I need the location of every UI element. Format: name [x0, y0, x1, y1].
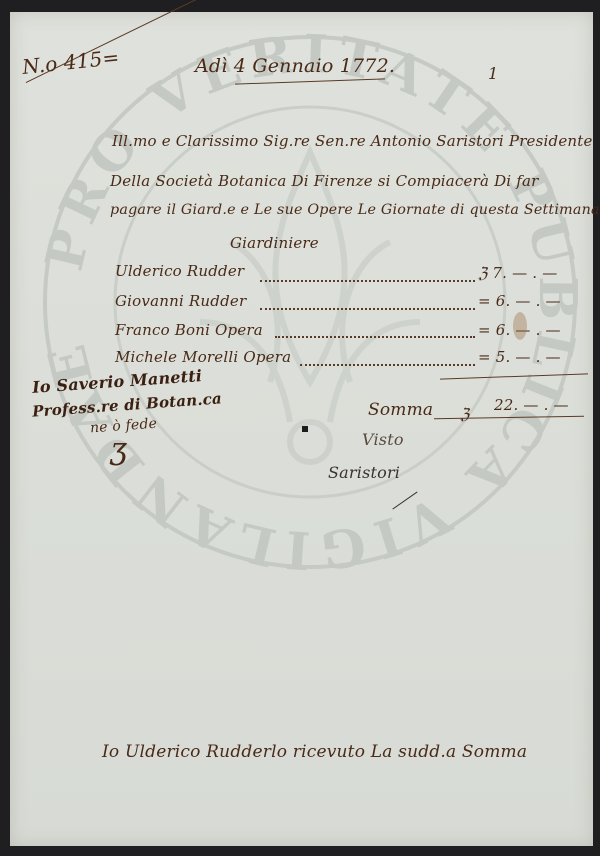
page-number: 1 — [488, 64, 498, 83]
date-line: Adì 4 Gennaio 1772. — [195, 55, 395, 77]
body-line-4: Giardiniere — [230, 234, 319, 252]
entry-amount: ℨ 7. — . — — [478, 264, 557, 282]
total-bottom-rule — [434, 416, 584, 420]
entry-leader-dots — [260, 280, 475, 282]
entry-name: Michele Morelli Opera — [115, 348, 291, 366]
date-underline — [235, 78, 385, 85]
entry-leader-dots — [300, 364, 475, 366]
entry-amount: = 6. — . — — [478, 292, 561, 310]
entry-leader-dots — [260, 308, 475, 310]
entry-leader-dots — [275, 336, 475, 338]
visto-label: Visto — [362, 430, 404, 449]
entry-name: Ulderico Rudder — [115, 262, 244, 280]
total-amount: 22. — . — — [494, 396, 569, 414]
body-line-2: Della Società Botanica Di Firenze si Com… — [110, 172, 539, 190]
pin-hole — [302, 426, 308, 432]
total-top-rule — [440, 373, 588, 379]
body-line-3: pagare il Giard.e e Le sue Opere Le Gior… — [110, 202, 600, 218]
document-page: PRO VERITATE PUBLICA VIGILANDAE N.o 415=… — [10, 12, 593, 846]
entry-name: Franco Boni Opera — [115, 321, 263, 339]
signature-flourish — [392, 492, 417, 510]
salutation-line: Ill.mo e Clarissimo Sig.re Sen.re Antoni… — [112, 132, 593, 150]
receipt-line: Io Ulderico Rudderlo ricevuto La sudd.a … — [102, 742, 527, 762]
ink-stain — [513, 312, 527, 340]
entry-name: Giovanni Rudder — [115, 292, 246, 310]
approval-flourish: ʒ — [110, 432, 127, 467]
entry-amount: = 5. — . — — [478, 348, 561, 366]
total-currency: ℨ — [460, 405, 469, 423]
reference-number: N.o 415= — [21, 45, 120, 79]
visto-signature: Saristori — [328, 463, 400, 482]
total-label: Somma — [368, 400, 433, 420]
